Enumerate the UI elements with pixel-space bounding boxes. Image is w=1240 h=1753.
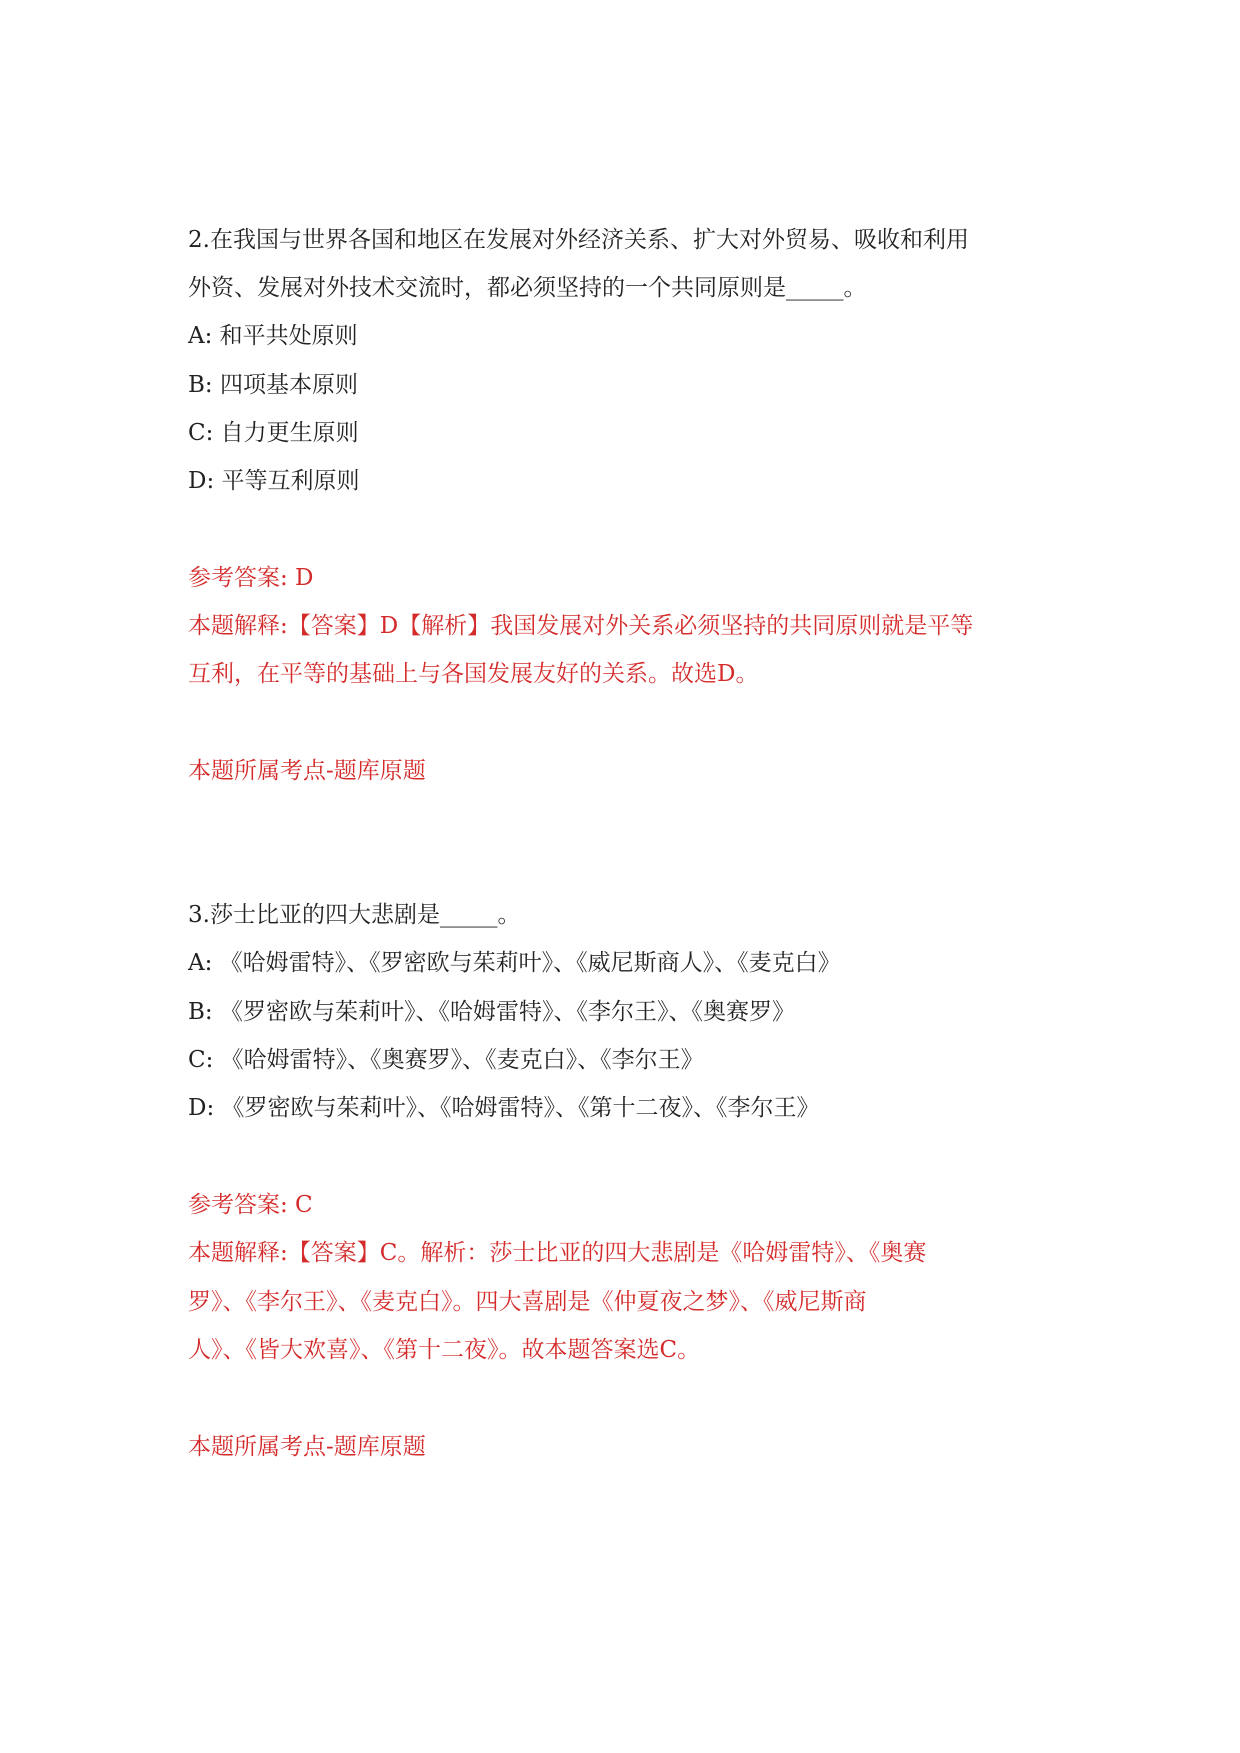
explanation: 互利，在平等的基础上与各国发展友好的关系。故选D。 (188, 659, 758, 689)
question-stem: 2.在我国与世界各国和地区在发展对外经济关系、扩大对外贸易、吸收和利用 (188, 225, 969, 255)
option-c: C: 自力更生原则 (188, 418, 359, 448)
option-d: D: 《罗密欧与茱莉叶》、《哈姆雷特》、《第十二夜》、《李尔王》 (188, 1093, 820, 1123)
topic-label: 本题所属考点-题库原题 (188, 756, 426, 786)
option-b: B: 四项基本原则 (188, 370, 358, 400)
explanation: 罗》、《李尔王》、《麦克白》。四大喜剧是《仲夏夜之梦》、《威尼斯商 (188, 1287, 867, 1317)
option-a: A: 和平共处原则 (188, 321, 358, 351)
explanation: 本题解释:【答案】C。解析：莎士比亚的四大悲剧是《哈姆雷特》、《奥赛 (188, 1238, 926, 1268)
explanation: 人》、《皆大欢喜》、《第十二夜》。故本题答案选C。 (188, 1335, 700, 1365)
topic-label: 本题所属考点-题库原题 (188, 1432, 426, 1462)
question-stem: 3.莎士比亚的四大悲剧是_____。 (188, 900, 520, 930)
option-d: D: 平等互利原则 (188, 466, 360, 496)
option-c: C: 《哈姆雷特》、《奥赛罗》、《麦克白》、《李尔王》 (188, 1045, 704, 1075)
option-a: A: 《哈姆雷特》、《罗密欧与茱莉叶》、《威尼斯商人》、《麦克白》 (188, 948, 841, 978)
question-stem: 外资、发展对外技术交流时，都必须坚持的一个共同原则是_____。 (188, 273, 867, 303)
option-b: B: 《罗密欧与茱莉叶》、《哈姆雷特》、《李尔王》、《奥赛罗》 (188, 997, 795, 1027)
reference-answer: 参考答案: D (188, 563, 314, 593)
reference-answer: 参考答案: C (188, 1190, 313, 1220)
explanation: 本题解释:【答案】D【解析】我国发展对外关系必须坚持的共同原则就是平等 (188, 611, 973, 641)
